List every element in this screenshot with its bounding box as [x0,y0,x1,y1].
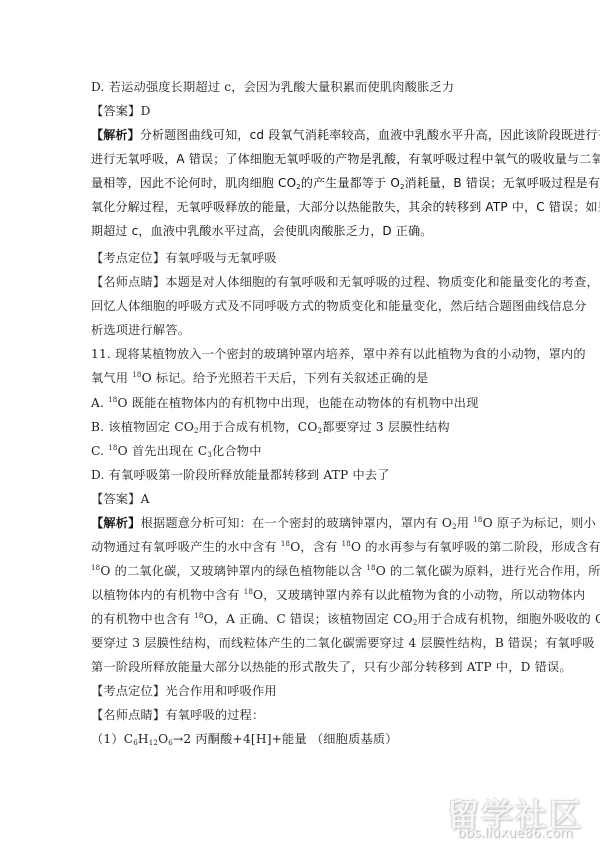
kaodian-tag: 【考点定位】 [91,251,165,265]
isotope-mass: 18 [194,612,203,620]
q10-option-d: D. 若运动强度长期超过 c，会因为乳酸大量积累而使肌肉酸胀乏力 [91,79,454,95]
analysis-tag: 【解析】 [91,128,140,142]
kaodian-text: 有氧呼吸与无氧呼吸 [165,251,277,265]
analysis-text: 用于合成有机物，细胞外吸收的 CO [417,612,600,626]
q11-option-b: B. 该植物固定 CO2用于合成有机物，CO2都要穿过 3 层膜性结构 [91,419,450,435]
analysis-text: 的有机物中也含有 [91,612,194,626]
step-text: H [138,732,149,746]
watermark-url: bbs.liuxue86.com [440,826,590,841]
analysis-text: 的产生量都等于 O [301,176,400,190]
isotope-mass: 18 [244,588,253,596]
mingshi-tag: 【名师点睛】 [91,708,165,722]
step-text: （1）C [91,732,133,746]
stem-text: O 标记。给予光照若干天后，下列有关叙述正确的是 [142,371,429,385]
kaodian-text: 光合作用和呼吸作用 [165,684,277,698]
analysis-text: O 的水再参与有氧呼吸的第二阶段，形成含有 [351,540,600,554]
analysis-text: 用 [457,516,473,530]
option-label: C. [91,444,108,458]
q10-mingshi-line-2: 回忆人体细胞的呼吸方式及不同呼吸方式的物质变化和能量变化，然后结合题图曲线信息分 [91,298,587,314]
option-text: O 既能在植物体内的有机物中出现，也能在动物体的有机物中出现 [117,396,478,410]
analysis-text: 以植物体内的有机物中含有 [91,588,244,602]
analysis-text: 分析题图曲线可知，cd 段氧气消耗率较高，血液中乳酸水平升高，因此该阶段既进行有… [140,128,600,142]
mingshi-text: 本题是对人体细胞的有氧呼吸和无氧呼吸的过程、物质变化和能量变化的考查， [165,275,599,289]
q11-answer: 【答案】A [91,491,150,507]
option-text: O 首先出现在 C [118,444,208,458]
isotope-mass: 18 [473,516,482,524]
watermark-logo: 留学社区 bbs.liuxue86.com [440,790,590,842]
q11-analysis-line-1: 【解析】根据题意分析可知：在一个密封的玻璃钟罩内，罩内有 O2用 18O 原子为… [91,515,596,531]
answer-tag: 【答案】 [91,104,141,118]
analysis-text: 量相等，因此不论何时，肌肉细胞 CO [91,176,296,190]
subscript: 12 [149,739,158,747]
q10-answer: 【答案】D [91,103,151,119]
analysis-text: 根据题意分析可知：在一个密封的玻璃钟罩内，罩内有 O [141,516,453,530]
answer-value: A [141,492,150,506]
q11-analysis-line-7: 第一阶段所释放能量大部分以热能的形式散失了，只有少部分转移到 ATP 中，D 错… [91,659,572,675]
mingshi-tag: 【名师点睛】 [91,275,165,289]
q10-kaodian: 【考点定位】有氧呼吸与无氧呼吸 [91,250,277,266]
step-text: O [158,732,168,746]
option-label: A. [91,396,108,410]
q11-mingshi: 【名师点睛】有氧呼吸的过程： [91,707,264,723]
q10-mingshi-line-3: 析选项进行解答。 [91,322,190,338]
option-text: 都要穿过 3 层膜性结构 [322,420,450,434]
isotope-mass: 18 [108,444,117,452]
q10-analysis-line-3: 量相等，因此不论何时，肌肉细胞 CO2的产生量都等于 O2消耗量，B 错误；无氧… [91,175,600,191]
option-text: 化合物中 [212,444,262,458]
isotope-mass: 18 [366,564,375,572]
q11-step-1: （1）C6H12O6→2 丙酮酸+4[H]+能量 （细胞质基质） [91,731,398,747]
q11-option-d: D. 有氧呼吸第一阶段所释放能量都转移到 ATP 中去了 [91,467,390,483]
q11-analysis-line-3: 18O 的二氧化碳，又玻璃钟罩内的绿色植物能以含 18O 的二氧化碳为原料，进行… [91,563,600,579]
q10-analysis-line-5: 期超过 c，血液中乳酸水平过高，会使肌肉酸胀乏力，D 正确。 [91,223,432,239]
document-page: D. 若运动强度长期超过 c，会因为乳酸大量积累而使肌肉酸胀乏力 【答案】D 【… [0,0,600,848]
q11-stem-line-2: 氧气用 18O 标记。给予光照若干天后，下列有关叙述正确的是 [91,370,428,386]
step-text: →2 丙酮酸+4[H]+能量 （细胞质基质） [173,732,398,746]
q10-analysis-line-2: 进行无氧呼吸，A 错误；了体细胞无氧呼吸的产物是乳酸，有氧呼吸过程中氧气的吸收量… [91,151,600,167]
analysis-text: 动物通过有氧呼吸产生的水中含有 [91,540,281,554]
analysis-text: O，又玻璃钟罩内养有以此植物为食的小动物，所以动物体内 [253,588,585,602]
q10-analysis-line-4: 氧化分解过程，无氧呼吸释放的能量，大部分以热能散失，其余的转移到 ATP 中，C… [91,199,600,215]
q11-stem-line-1: 11. 现将某植物放入一个密封的玻璃钟罩内培养，罩中养有以此植物为食的小动物，罩… [91,346,586,362]
q11-option-c: C. 18O 首先出现在 C3化合物中 [91,443,262,459]
analysis-text: O 原子为标记，则小 [483,516,596,530]
kaodian-tag: 【考点定位】 [91,684,165,698]
mingshi-text: 有氧呼吸的过程： [165,708,264,722]
analysis-text: O，含有 [290,540,341,554]
q11-kaodian: 【考点定位】光合作用和呼吸作用 [91,683,277,699]
q11-option-a: A. 18O 既能在植物体内的有机物中出现，也能在动物体的有机物中出现 [91,395,479,411]
isotope-mass: 18 [132,371,141,379]
option-text: B. 该植物固定 CO [91,420,194,434]
analysis-tag: 【解析】 [91,516,141,530]
q10-mingshi-line-1: 【名师点睛】本题是对人体细胞的有氧呼吸和无氧呼吸的过程、物质变化和能量变化的考查… [91,274,599,290]
stem-text: 氧气用 [91,371,132,385]
question-number: 11. [91,347,111,361]
answer-value: D [141,104,151,118]
q10-analysis-line-1: 【解析】分析题图曲线可知，cd 段氧气消耗率较高，血液中乳酸水平升高，因此该阶段… [91,127,600,143]
option-text: 用于合成有机物，CO [199,420,318,434]
analysis-text: O，A 正确、C 错误；该植物固定 CO [204,612,413,626]
isotope-mass: 18 [342,540,351,548]
isotope-mass: 18 [91,564,100,572]
answer-tag: 【答案】 [91,492,141,506]
analysis-text: O 的二氧化碳，又玻璃钟罩内的绿色植物能以含 [100,564,366,578]
isotope-mass: 18 [281,540,290,548]
q11-analysis-line-2: 动物通过有氧呼吸产生的水中含有 18O，含有 18O 的水再参与有氧呼吸的第二阶… [91,539,600,555]
analysis-text: O 的二氧化碳为原料，进行光合作用，所 [376,564,600,578]
q11-analysis-line-5: 的有机物中也含有 18O，A 正确、C 错误；该植物固定 CO2用于合成有机物，… [91,611,600,627]
question-stem: 现将某植物放入一个密封的玻璃钟罩内培养，罩中养有以此植物为食的小动物，罩内的 [115,347,586,361]
q11-analysis-line-6: 要穿过 3 层膜性结构，而线粒体产生的二氧化碳需要穿过 4 层膜性结构，B 错误… [91,635,595,651]
q11-analysis-line-4: 以植物体内的有机物中含有 18O，又玻璃钟罩内养有以此植物为食的小动物，所以动物… [91,587,585,603]
analysis-text: 消耗量，B 错误；无氧呼吸过程是有机物不彻底的 [405,176,600,190]
